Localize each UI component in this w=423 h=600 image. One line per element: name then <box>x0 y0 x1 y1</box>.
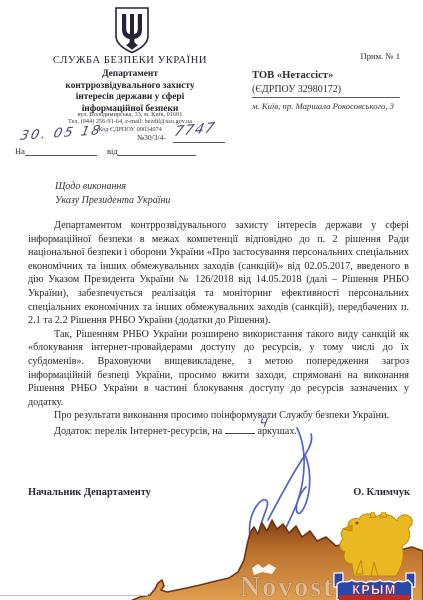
scanned-letter-page: СЛУЖБА БЕЗПЕКИ УКРАЇНИ Департамент контр… <box>0 0 423 600</box>
tryzub-shield-icon <box>108 6 156 54</box>
attachment-prefix: Додаток: перелік Інтернет-ресурсів, на <box>54 426 222 437</box>
body-paragraph-1: Департаментом контррозвідувального захис… <box>28 219 409 328</box>
subject-line: Указу Президента України <box>55 194 255 208</box>
attachment-pages-blank: Ч <box>225 423 255 434</box>
department-line: Департамент <box>12 69 248 81</box>
signatory-position: Начальник Департаменту <box>28 487 151 498</box>
body-paragraph-3: Про результати виконання просимо поінфор… <box>28 409 409 423</box>
na-blank-line <box>25 146 97 156</box>
org-name: СЛУЖБА БЕЗПЕКИ УКРАЇНИ <box>12 55 248 66</box>
department-line: контррозвідувального захисту <box>12 81 248 93</box>
recipient-name: ТОВ «Нетассіст» <box>252 70 412 81</box>
subject-line: Щодо виконання <box>55 180 255 194</box>
handwritten-date: 30. 05 18 <box>19 123 104 144</box>
handwritten-number: 7747 <box>173 120 217 140</box>
recipient-address: м. Київ, пр. Маршала Рокосовського, 3 <box>252 101 412 111</box>
copy-number-note: Прим. № 1 <box>330 51 400 61</box>
letter-body: Департаментом контррозвідувального захис… <box>28 219 409 439</box>
krym-logo-text: КРЫМ <box>352 583 397 597</box>
outgoing-number-prefix: №30/3/4- <box>137 133 166 142</box>
attachment-line: Додаток: перелік Інтернет-ресурсів, на Ч… <box>28 423 409 439</box>
scan-edge-line <box>0 595 148 596</box>
address-line: вул. Володимирська, 33, м. Київ, 01601 <box>12 111 248 118</box>
reply-reference-row: На від <box>15 146 235 156</box>
signatory-name: О. Климчук <box>330 487 410 498</box>
body-paragraph-2: Так, Рішенням РНБО України розширено вик… <box>28 328 409 410</box>
date-number-row: 30. 05 18 №30/3/4- 7747 <box>15 124 235 146</box>
subject-block: Щодо виконання Указу Президента України <box>55 180 255 208</box>
department-name: Департамент контррозвідувального захисту… <box>12 69 248 115</box>
crimea-map-watermark: Novosti- КРЫМ <box>0 512 423 600</box>
number-blank-line <box>173 142 225 143</box>
department-line: інтересів держави у сфері <box>12 92 248 104</box>
vid-label: від <box>107 146 118 156</box>
vid-blank-line <box>118 146 196 156</box>
recipient-edrpou-code: (ЄДРПОУ 32980172) <box>252 84 412 95</box>
recipient-underline <box>252 97 400 98</box>
na-label: На <box>15 146 25 156</box>
